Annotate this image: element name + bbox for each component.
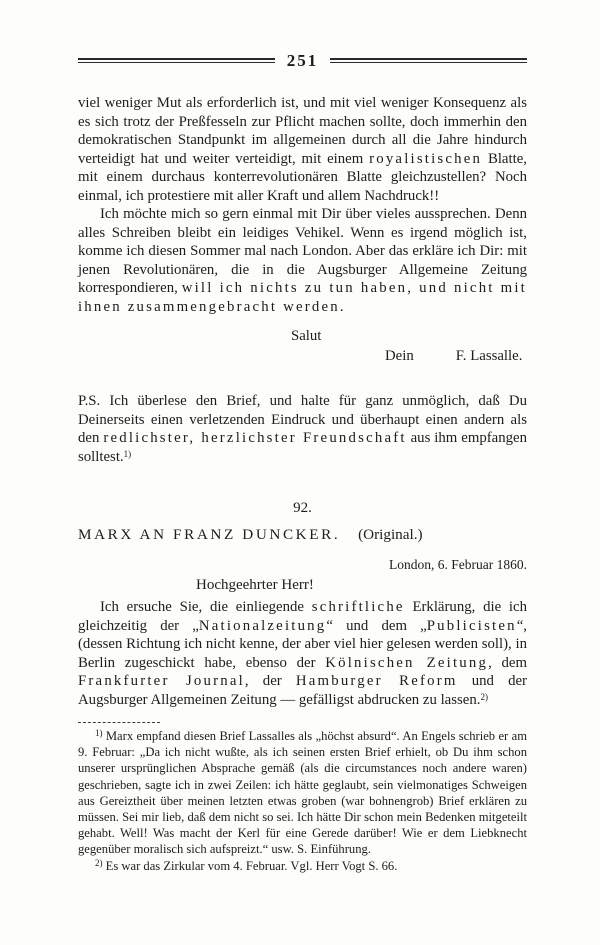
footnote-separator xyxy=(78,722,160,723)
footnote-reference-1: 1) xyxy=(124,449,132,459)
footnote-2-text: Es war das Zirkular vom 4. Februar. Vgl.… xyxy=(103,859,398,873)
footnote-reference-2: 2) xyxy=(480,692,488,702)
text-run: , dem xyxy=(488,655,527,671)
closing-salut: Salut xyxy=(78,327,527,346)
footnote-1-text: Marx empfand diesen Brief Lassalles als … xyxy=(78,729,527,856)
marx-body-paragraph: Ich ersuche Sie, die einliegende schrift… xyxy=(78,598,527,709)
postscript-paragraph: P.S. Ich überlese den Brief, und halte f… xyxy=(78,392,527,466)
page-header: 251 xyxy=(0,52,600,69)
page-content: viel weniger Mut als erforderlich ist, u… xyxy=(0,94,600,874)
emphasized-text-run: schriftliche xyxy=(312,599,405,615)
letter-heading: MARX AN FRANZ DUNCKER. (Original.) xyxy=(78,525,527,544)
letter-heading-note: (Original.) xyxy=(358,526,423,543)
header-rule-left xyxy=(78,58,275,63)
lassalle-paragraph-2: Ich möchte mich so gern einmal mit Dir ü… xyxy=(78,205,527,316)
footnote-1-marker: 1) xyxy=(95,728,103,738)
dateline: London, 6. Februar 1860. xyxy=(78,556,527,573)
signature-line: Dein F. Lassalle. xyxy=(78,347,527,366)
emphasized-text-run: Nationalzeitung xyxy=(199,618,327,634)
footnote-2-marker: 2) xyxy=(95,858,103,868)
text-run: “ und dem „ xyxy=(326,618,426,634)
header-rule-right xyxy=(330,58,527,63)
emphasized-text-run: Kölnischen Zeitung xyxy=(325,655,488,671)
footnotes-block: 1) Marx empfand diesen Brief Lassalles a… xyxy=(78,728,527,874)
emphasized-text-run: Publicisten xyxy=(427,618,517,634)
signature-dein: Dein xyxy=(385,347,414,366)
emphasized-text-run: Hamburger Reform xyxy=(296,673,458,689)
text-run: Ich ersuche Sie, die einliegende xyxy=(100,599,312,615)
text-run: , der xyxy=(245,673,296,689)
footnote-2: 2) Es war das Zirkular vom 4. Februar. V… xyxy=(78,858,527,874)
emphasized-text-run: Frankfurter Journal xyxy=(78,673,245,689)
emphasized-text-run: royalistischen xyxy=(369,151,482,167)
lassalle-paragraph-1: viel weniger Mut als erforderlich ist, u… xyxy=(78,94,527,205)
book-page: 251 viel weniger Mut als erforderlich is… xyxy=(0,0,600,945)
salutation: Hochgeehrter Herr! xyxy=(78,576,527,595)
footnote-1: 1) Marx empfand diesen Brief Lassalles a… xyxy=(78,728,527,858)
letter-number: 92. xyxy=(78,499,527,518)
page-number: 251 xyxy=(287,52,319,69)
salut-text: Salut xyxy=(291,328,321,344)
letter-heading-title: MARX AN FRANZ DUNCKER. xyxy=(78,526,340,543)
emphasized-text-run: redlichster, herzlichster Freundschaft xyxy=(103,430,406,446)
signature-name: F. Lassalle. xyxy=(456,347,523,366)
